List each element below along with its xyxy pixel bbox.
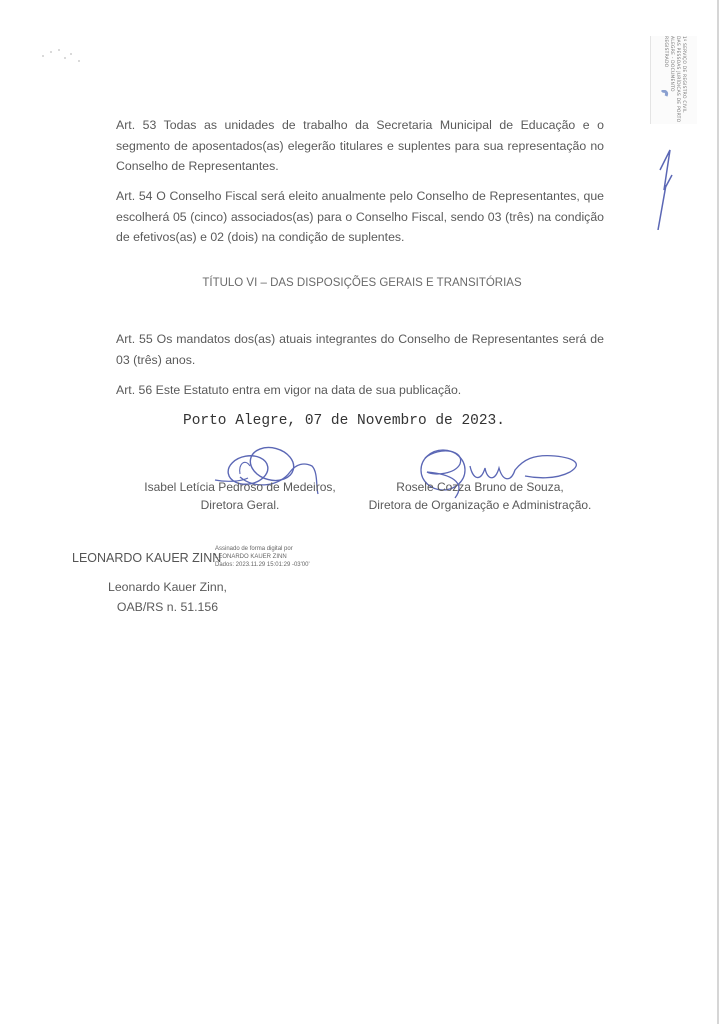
article-55: Art. 55 Os mandatos dos(as) atuais integ… (116, 329, 604, 370)
lawyer-name: Leonardo Kauer Zinn, (108, 577, 227, 597)
article-54: Art. 54 O Conselho Fiscal será eleito an… (116, 186, 604, 248)
signatory-role: Diretora de Organização e Administração. (360, 496, 600, 514)
signatory-role: Diretora Geral. (140, 496, 340, 514)
page-edge-line (717, 0, 719, 1024)
digital-signature-name: LEONARDO KAUER ZINN (72, 551, 221, 565)
digital-signature-line2: LEONARDO KAUER ZINN (215, 553, 310, 561)
article-53: Art. 53 Todas as unidades de trabalho da… (116, 115, 604, 177)
signatory-rosele: Rosele Cozza Bruno de Souza, Diretora de… (360, 478, 600, 514)
section-title: TÍTULO VI – DAS DISPOSIÇÕES GERAIS E TRA… (0, 277, 724, 289)
scan-speckle (40, 45, 85, 65)
lawyer-block: Leonardo Kauer Zinn, OAB/RS n. 51.156 (108, 577, 227, 617)
lawyer-registration: OAB/RS n. 51.156 (108, 597, 227, 617)
signatory-isabel: Isabel Letícia Pedroso de Medeiros, Dire… (140, 478, 340, 514)
digital-signature-meta: Assinado de forma digital por LEONARDO K… (215, 545, 310, 569)
article-56: Art. 56 Este Estatuto entra em vigor na … (116, 380, 604, 401)
signatory-name: Isabel Letícia Pedroso de Medeiros, (140, 478, 340, 496)
place-date: Porto Alegre, 07 de Novembro de 2023. (183, 413, 505, 429)
digital-signature-line3: Dados: 2023.11.29 15:01:29 -03'00' (215, 561, 310, 569)
signatory-name: Rosele Cozza Bruno de Souza, (360, 478, 600, 496)
digital-signature-line1: Assinado de forma digital por (215, 545, 310, 553)
rubber-stamp-icon (640, 90, 690, 230)
